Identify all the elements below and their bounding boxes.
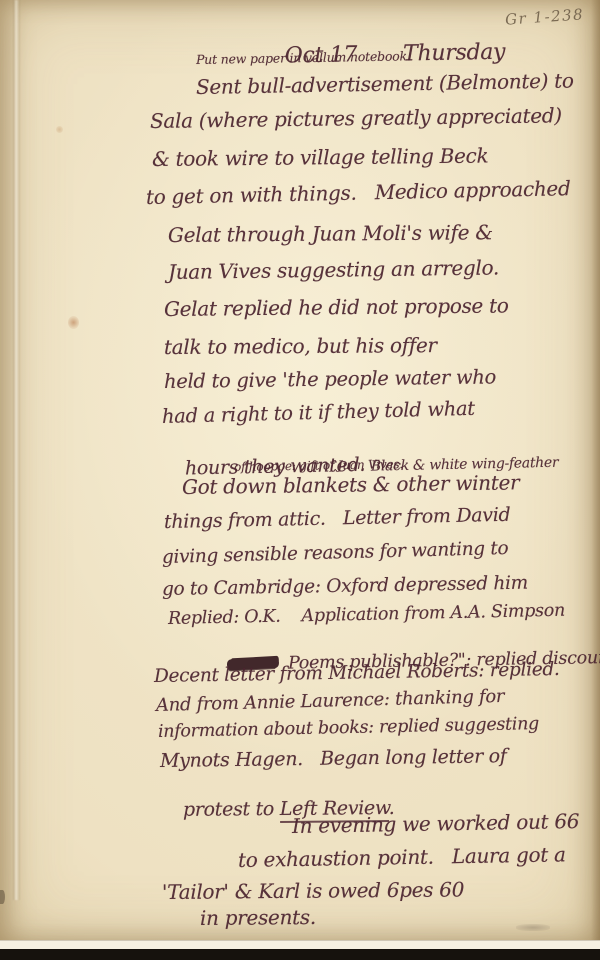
protest-prefix: protest to bbox=[183, 798, 280, 821]
manuscript-line: & took wire to village telling Beck bbox=[152, 145, 489, 169]
manuscript-line: Gelat through Juan Moli's wife & bbox=[168, 222, 493, 245]
manuscript-line: Mynots Hagen. Began long letter of bbox=[160, 747, 507, 771]
foxing-stain bbox=[68, 316, 79, 329]
manuscript-scan: Gr 1-238 Oct 17Thursday Put new paper in… bbox=[0, 0, 600, 960]
manuscript-line: talk to medico, but his offer bbox=[164, 335, 437, 357]
edge-blemish bbox=[0, 890, 5, 904]
manuscript-line: In evening we worked out 66 bbox=[292, 811, 580, 836]
manuscript-line: Sent bull-advertisement (Belmonte) to bbox=[196, 70, 574, 97]
manuscript-line: to exhaustion point. Laura got a bbox=[238, 844, 566, 870]
heading-day: Thursday bbox=[403, 42, 505, 66]
manuscript-line: Sala (where pictures greatly appreciated… bbox=[150, 105, 562, 131]
smudge-mark bbox=[516, 924, 550, 931]
manuscript-line: Got down blankets & other winter bbox=[182, 472, 520, 497]
interline-note: of hoopoe: gift of Juan Vives. bbox=[234, 458, 403, 473]
manuscript-line: Gelat replied he did not propose to bbox=[164, 295, 509, 319]
manuscript-line: 'Tailor' & Karl is owed 6pes 60 bbox=[162, 879, 464, 902]
paper-edge-shadow bbox=[591, 0, 600, 949]
scan-edge-black-strip bbox=[0, 949, 600, 960]
foxing-stain bbox=[56, 126, 63, 133]
manuscript-line: held to give 'the people water who bbox=[164, 367, 496, 391]
paper-crease bbox=[13, 0, 20, 900]
manuscript-line: in presents. bbox=[200, 907, 316, 928]
manuscript-line: Juan Vives suggesting an arreglo. bbox=[168, 257, 499, 282]
